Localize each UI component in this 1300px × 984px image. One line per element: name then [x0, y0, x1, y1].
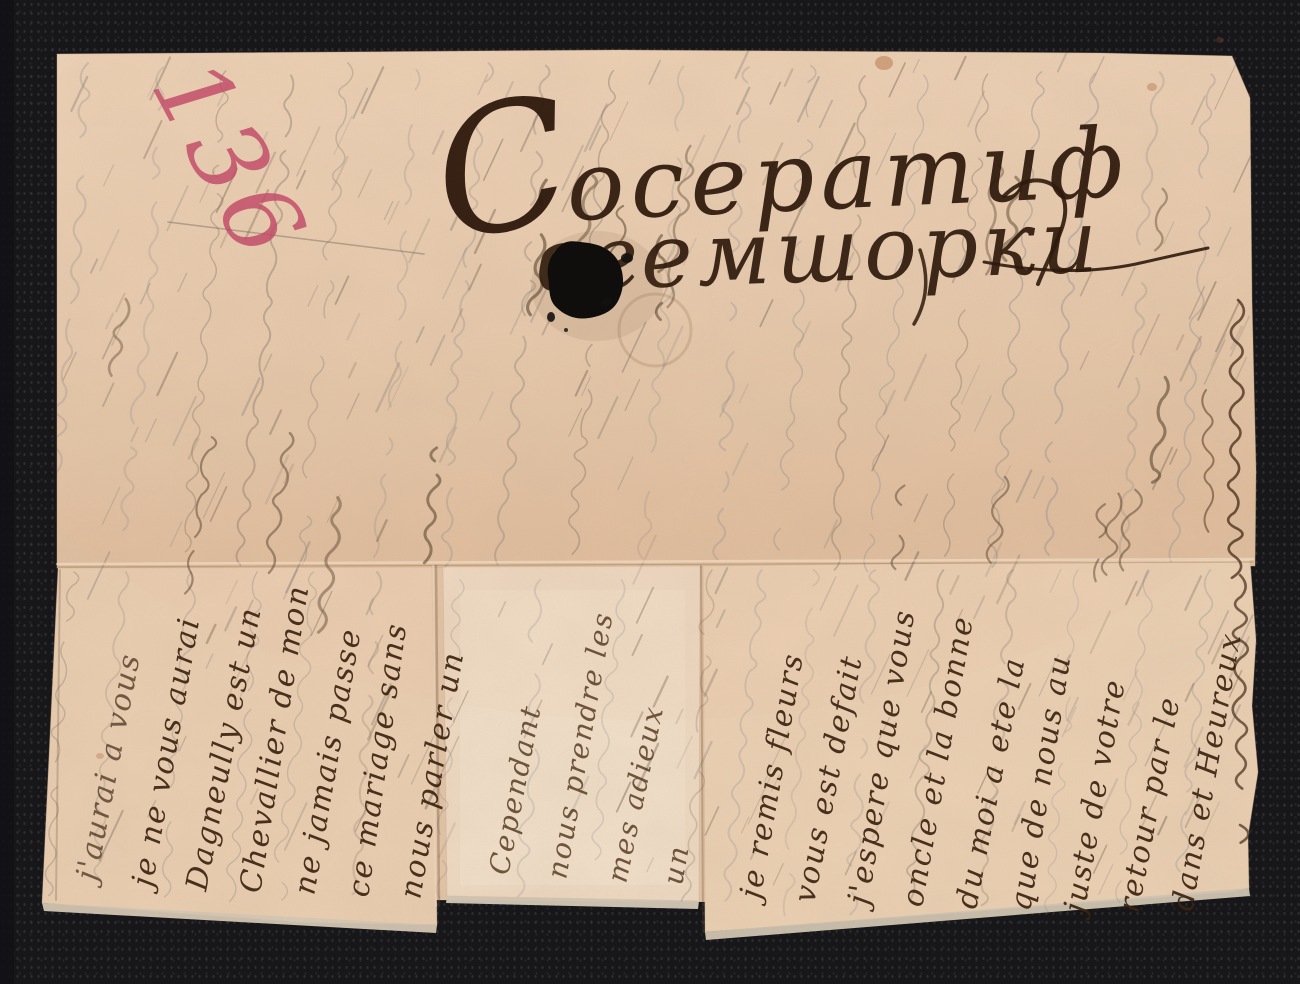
seal-speck	[621, 253, 633, 263]
seal-speck	[564, 328, 568, 332]
seal-speck	[547, 312, 555, 322]
photo-of-folded-letter: 136 С осератиф вгемшорки j'aurai a vous …	[0, 0, 1300, 984]
flap-text-line: un	[656, 842, 695, 887]
rust-stain	[1147, 83, 1157, 91]
seal-speck	[602, 298, 612, 306]
rust-stain	[875, 56, 893, 70]
rust-stain	[1216, 37, 1224, 43]
letter-artwork: 136 С осератиф вгемшорки j'aurai a vous …	[0, 0, 1300, 984]
wax-seal-blot	[531, 231, 663, 341]
